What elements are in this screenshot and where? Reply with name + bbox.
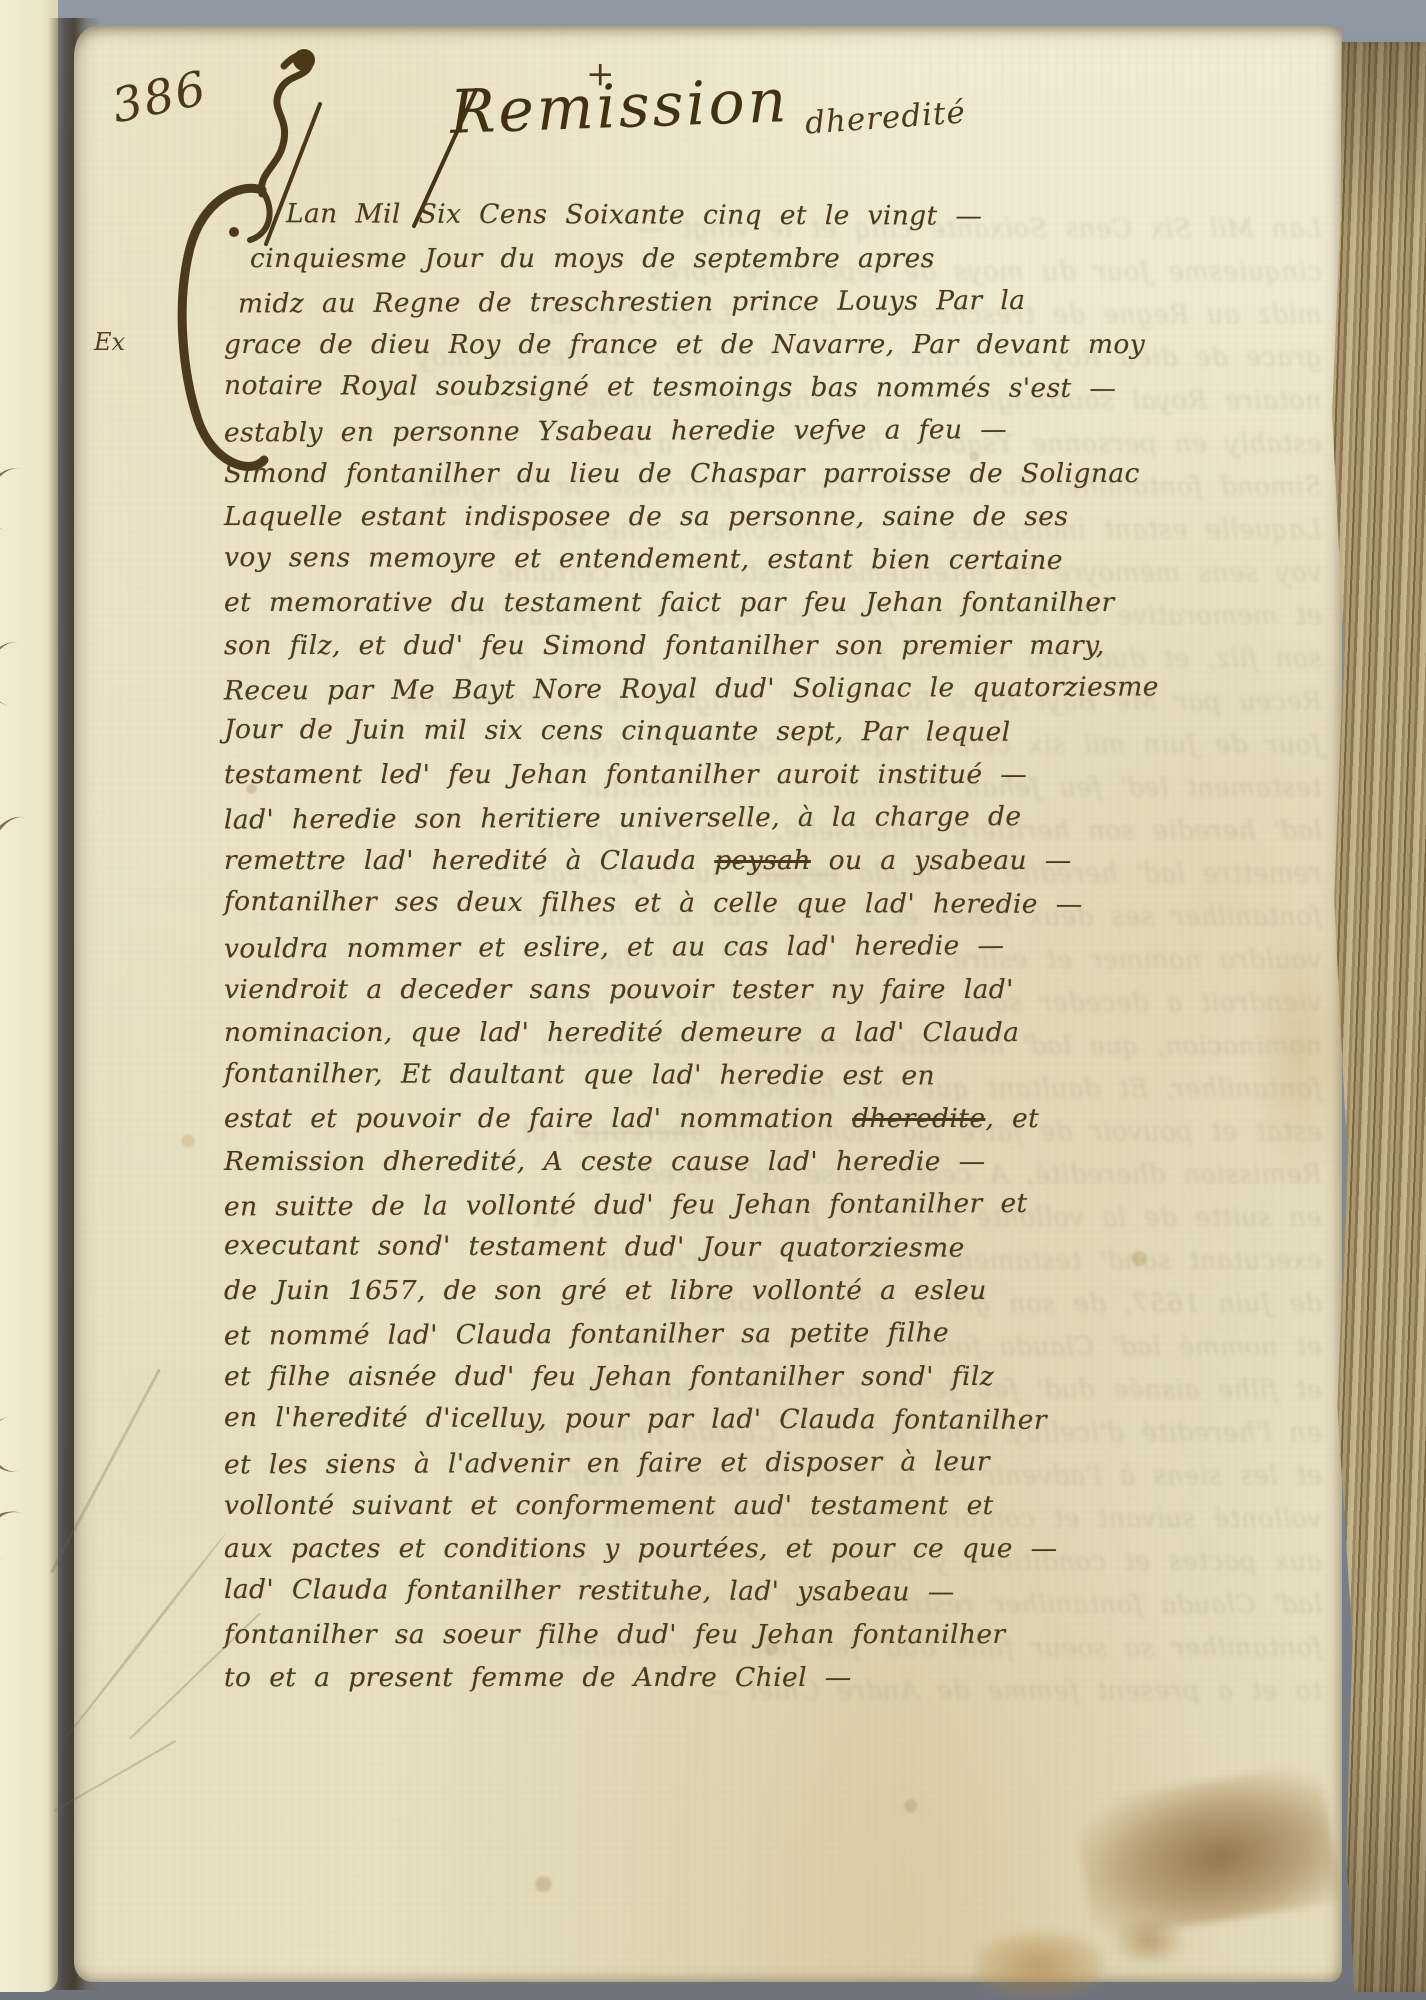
manuscript-line: vollonté suivant et conformement aud' te… [224, 1484, 1364, 1527]
ink-mark [0, 809, 53, 900]
struck-word: peysah [714, 845, 810, 876]
manuscript-line: lad' Clauda fontanilher restituhe, lad' … [224, 1568, 1364, 1615]
document-title: Remission [449, 66, 791, 148]
manuscript-line: Laquelle estant indisposee de sa personn… [224, 495, 1364, 538]
archival-photograph: Lan Mil Six Cens Soixante cinq et le vin… [0, 0, 1426, 2000]
manuscript-line: et filhe aisnée dud' feu Jehan fontanilh… [224, 1355, 1364, 1398]
ink-mark [0, 1411, 47, 1476]
manuscript-line: de Juin 1657, de son gré et libre vollon… [224, 1269, 1364, 1312]
manuscript-line: midz au Regne de treschrestien prince Lo… [224, 278, 1364, 326]
manuscript-line: Receu par Me Bayt Nore Royal dud' Solign… [224, 665, 1364, 713]
marginal-note: Ex [94, 328, 125, 356]
manuscript-line: Jour de Juin mil six cens cinquante sept… [224, 708, 1364, 755]
manuscript-line: Lan Mil Six Cens Soixante cinq et le vin… [224, 192, 1364, 239]
manuscript-line: grace de dieu Roy de france et de Navarr… [224, 323, 1364, 366]
faint-scribble [64, 1533, 226, 1740]
manuscript-line: to et a present femme de Andre Chiel — [224, 1656, 1364, 1699]
manuscript-line: viendroit a deceder sans pouvoir tester … [224, 968, 1364, 1011]
manuscript-line: aux pactes et conditions y pourtées, et … [224, 1527, 1364, 1570]
stain [1114, 1918, 1184, 1964]
manuscript-line: vouldra nommer et eslire, et au cas lad'… [224, 923, 1364, 971]
manuscript-line: cinquiesme Jour du moys de septembre apr… [224, 237, 1364, 280]
stain [1073, 1763, 1342, 1940]
document-title-row: Remission dheredité [450, 72, 966, 142]
manuscript-line: et nommé lad' Clauda fontanilher sa peti… [224, 1310, 1364, 1358]
manuscript-line: et memorative du testament faict par feu… [224, 581, 1364, 624]
manuscript-line: nominacion, que lad' heredité demeure a … [224, 1011, 1364, 1054]
manuscript-line: fontanilher sa soeur filhe dud' feu Jeha… [224, 1613, 1364, 1656]
manuscript-line: executant sond' testament dud' Jour quat… [224, 1224, 1364, 1271]
manuscript-line: son filz, et dud' feu Simond fontanilher… [224, 624, 1364, 667]
manuscript-lines: Lan Mil Six Cens Soixante cinq et le vin… [224, 194, 1364, 1699]
manuscript-line: lad' heredie son heritiere universelle, … [224, 794, 1364, 842]
stain [974, 1932, 1104, 1998]
manuscript-line: fontanilher, Et daultant que lad' heredi… [224, 1052, 1364, 1099]
manuscript-line: en l'heredité d'icelluy, pour par lad' C… [224, 1396, 1364, 1443]
manuscript-line: et les siens à l'advenir en faire et dis… [224, 1439, 1364, 1487]
manuscript-line: estat et pouvoir de faire lad' nommation… [224, 1097, 1364, 1140]
manuscript-line: voy sens memoyre et entendement, estant … [224, 536, 1364, 583]
manuscript-line: notaire Royal soubzsigné et tesmoings ba… [224, 364, 1364, 411]
manuscript-line: remettre lad' heredité à Clauda peysah o… [224, 839, 1364, 882]
manuscript-line: testament led' feu Jehan fontanilher aur… [224, 753, 1364, 796]
manuscript-line: fontanilher ses deux filhes et à celle q… [224, 880, 1364, 927]
ink-mark [0, 638, 46, 709]
ink-mark [0, 1503, 50, 1571]
ink-mark [0, 462, 49, 538]
document-title-suffix: dheredité [804, 94, 967, 141]
struck-word: dheredite [852, 1103, 985, 1134]
manuscript-page: Lan Mil Six Cens Soixante cinq et le vin… [74, 26, 1342, 1982]
manuscript-line: Remission dheredité, A ceste cause lad' … [224, 1140, 1364, 1183]
manuscript-line: estably en personne Ysabeau heredie vefv… [224, 407, 1364, 455]
manuscript-line: Simond fontanilher du lieu de Chaspar pa… [224, 452, 1364, 495]
manuscript-line: en suitte de la vollonté dud' feu Jehan … [224, 1181, 1364, 1229]
